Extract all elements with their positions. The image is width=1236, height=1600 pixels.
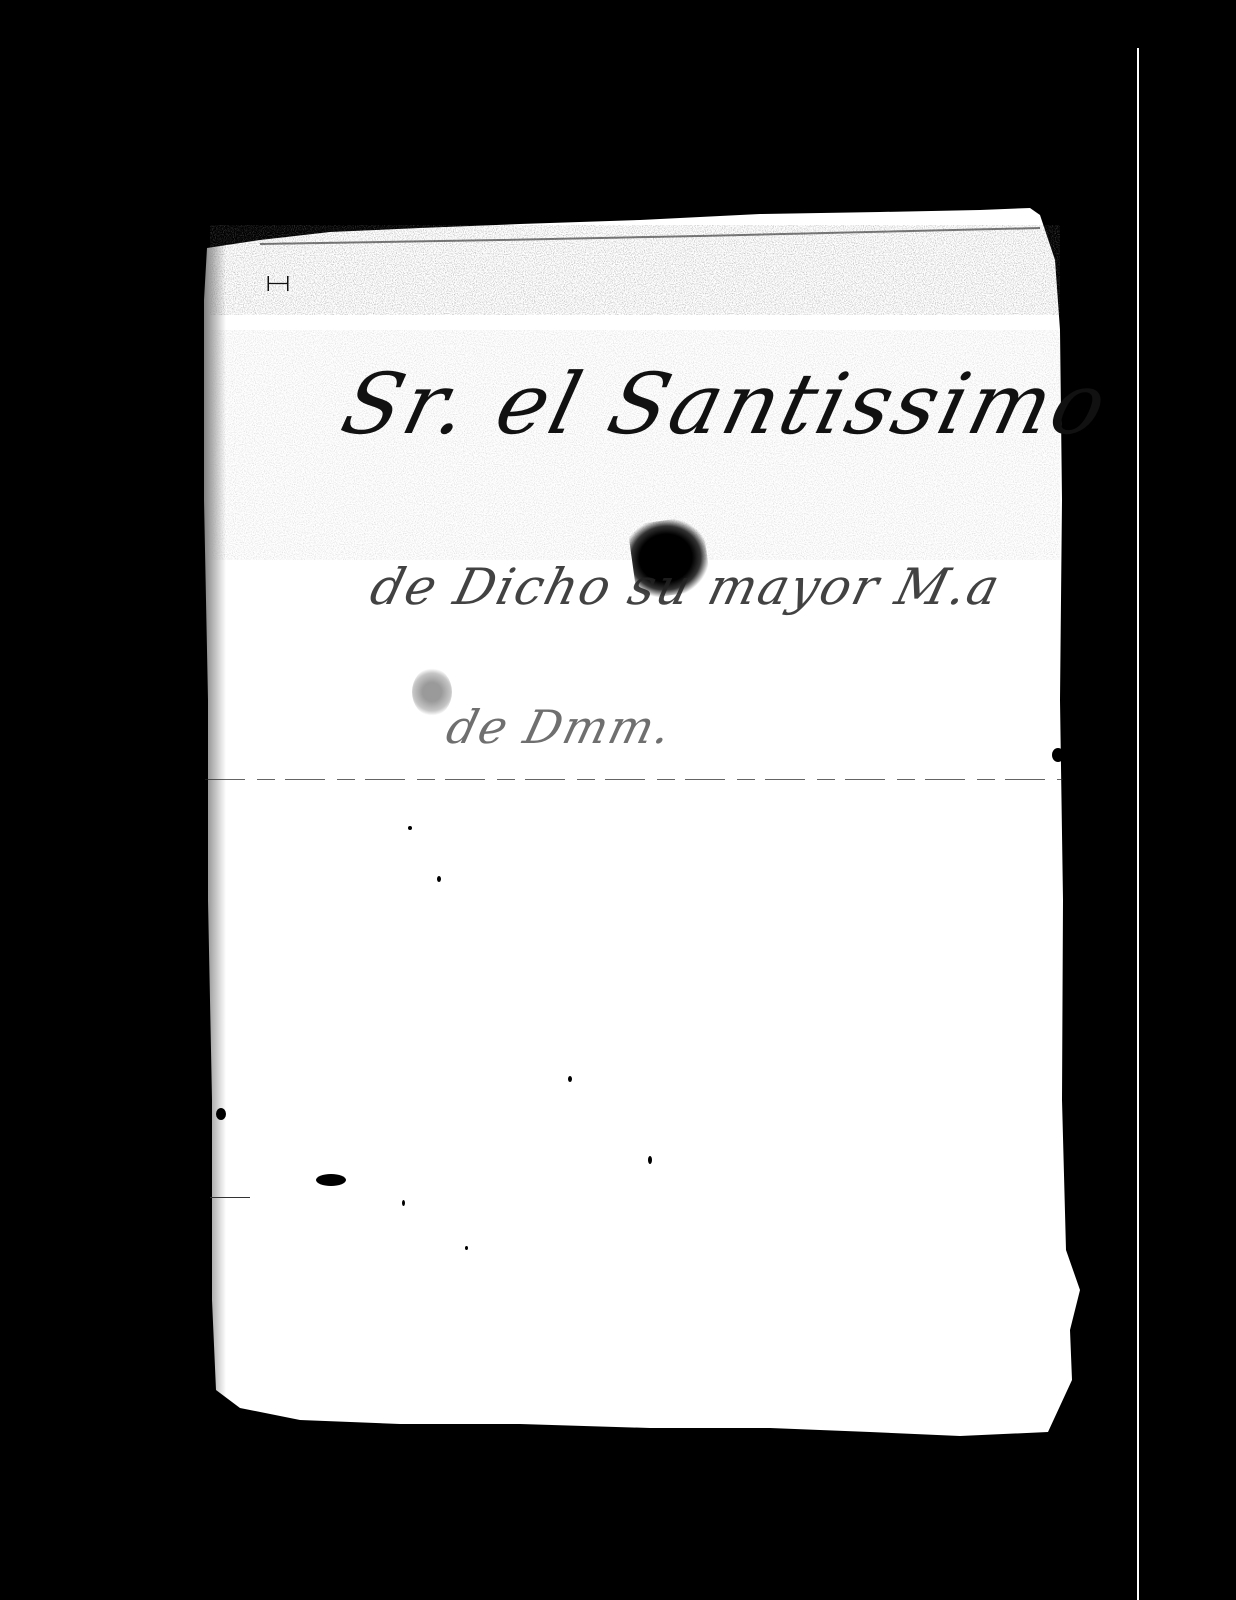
heading-line: Sr. el Santissimo: [333, 355, 1119, 453]
edge-mark: [210, 1197, 250, 1198]
ink-blot: [216, 1108, 226, 1120]
ink-blot: [316, 1174, 346, 1186]
ink-speck: [437, 876, 441, 882]
faded-stamp: [412, 668, 452, 716]
page-paper-shape: [0, 0, 1236, 1600]
ink-blot: [1052, 748, 1064, 762]
ink-speck: [408, 826, 412, 830]
third-line: de Dmm.: [441, 700, 679, 754]
ink-speck: [402, 1200, 405, 1206]
ink-speck: [648, 1156, 652, 1164]
ink-speck: [465, 1246, 468, 1250]
ink-speck: [568, 1076, 572, 1082]
second-line: de Dicho su mayor M.a: [365, 558, 1007, 616]
scan-divider-line: [1137, 48, 1139, 1600]
fold-line: [205, 779, 1063, 780]
folio-mark: ⌶: [260, 275, 295, 293]
manuscript-page: ⌶ Sr. el Santissimo de Dicho su mayor M.…: [0, 0, 1236, 1600]
